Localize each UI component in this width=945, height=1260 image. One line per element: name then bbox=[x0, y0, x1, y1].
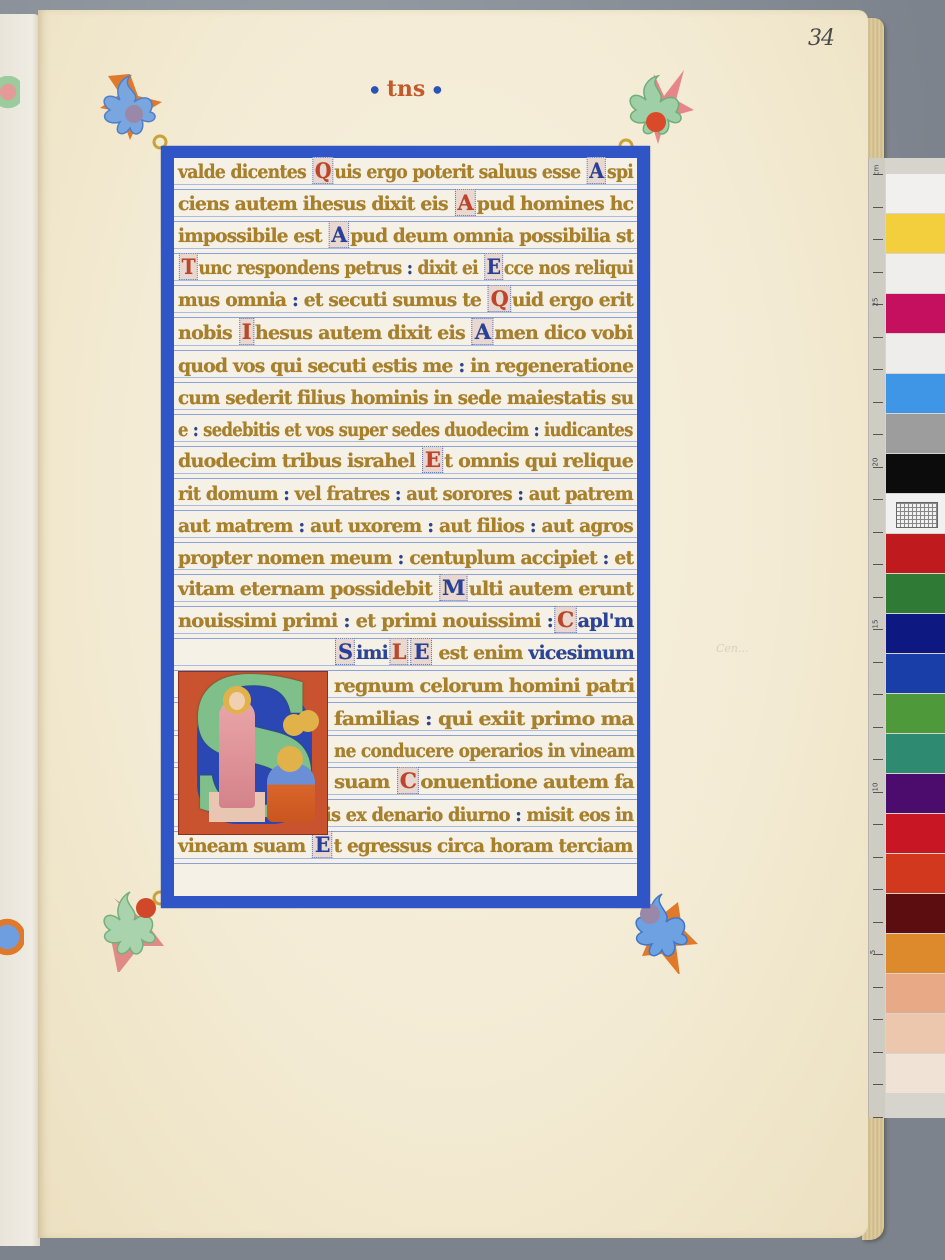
text-line: quod vos qui secuti estis me : in regene… bbox=[174, 351, 637, 383]
decorated-initial: A bbox=[454, 189, 475, 216]
gold-text: est enim bbox=[433, 642, 529, 664]
line-text: vitam eternam possidebit Multi autem eru… bbox=[178, 574, 633, 601]
ruler-tick bbox=[873, 1052, 883, 1053]
decorated-initial: C bbox=[554, 606, 576, 633]
text-line: cum sederit filius hominis in sede maies… bbox=[174, 383, 637, 415]
gold-text: uis ergo poterit saluus esse bbox=[334, 161, 585, 183]
running-head-part1: tn bbox=[387, 76, 413, 102]
punctus: : bbox=[547, 610, 553, 632]
text-line: Tunc respondens petrus : dixit ei Ecce n… bbox=[174, 254, 637, 286]
line-text: impossibile est Apud deum omnia possibil… bbox=[178, 221, 633, 248]
gold-text: regnum celorum homini patri bbox=[334, 675, 634, 697]
gold-text: et primi nouissimi bbox=[350, 610, 547, 632]
ruler-tick bbox=[873, 239, 883, 240]
color-patch-yellow bbox=[886, 214, 945, 253]
color-patch-peach bbox=[886, 1014, 945, 1053]
color-patch-black bbox=[886, 454, 945, 493]
gold-text: duodecim tribus israhel bbox=[178, 450, 421, 472]
ruler-tick bbox=[873, 369, 883, 370]
pencil-marginal-note: Cen... bbox=[716, 642, 749, 655]
color-patch-orange bbox=[886, 934, 945, 973]
christ-figure bbox=[219, 700, 255, 808]
line-text: quod vos qui secuti estis me : in regene… bbox=[178, 355, 633, 377]
ruler-tick bbox=[873, 1019, 883, 1020]
line-text: ciens autem ihesus dixit eis Apud homine… bbox=[178, 189, 633, 216]
running-head-part2: s bbox=[413, 76, 425, 102]
ruler-tick bbox=[873, 987, 883, 988]
color-patch-purple bbox=[886, 774, 945, 813]
line-text: valde dicentes Quis ergo poterit saluus … bbox=[178, 157, 633, 184]
gold-text: propter nomen meum bbox=[178, 547, 398, 569]
text-block: valde dicentes Quis ergo poterit saluus … bbox=[174, 158, 637, 896]
text-line: vitam eternam possidebit Multi autem eru… bbox=[174, 575, 637, 607]
color-patch-light-salmon bbox=[886, 974, 945, 1013]
gold-text: aut matrem bbox=[178, 515, 298, 537]
color-patch-green bbox=[886, 574, 945, 613]
ruler-tick bbox=[873, 207, 883, 208]
gold-text: valde dicentes bbox=[178, 161, 311, 183]
color-patch-blue bbox=[886, 654, 945, 693]
christ-face bbox=[229, 692, 245, 710]
gold-text: aut agros bbox=[536, 515, 633, 537]
line-text: mus omnia : et secuti sumus te Quid ergo… bbox=[178, 285, 633, 312]
color-patch-white bbox=[886, 334, 945, 373]
text-line: nobis Ihesus autem dixit eis Amen dico v… bbox=[174, 318, 637, 350]
decorated-initial: E bbox=[422, 446, 443, 473]
line-text: Tunc respondens petrus : dixit ei Ecce n… bbox=[178, 253, 633, 280]
gold-text: sedebitis et vos super sedes duodecim bbox=[198, 419, 533, 441]
historiated-initial: S bbox=[178, 671, 328, 835]
gold-text: men dico vobi bbox=[494, 322, 632, 344]
gold-text: et bbox=[609, 547, 634, 569]
gold-text: aut patrem bbox=[523, 483, 633, 505]
text-line: mus omnia : et secuti sumus te Quid ergo… bbox=[174, 286, 637, 318]
color-patch-maroon bbox=[886, 894, 945, 933]
color-patch-cream bbox=[886, 1054, 945, 1093]
text-frame-border: valde dicentes Quis ergo poterit saluus … bbox=[161, 146, 650, 908]
ruler-label: 25 bbox=[871, 298, 879, 307]
gold-text: mus omnia bbox=[178, 289, 292, 311]
line-text: regnum celorum homini patri bbox=[334, 675, 634, 697]
color-patch-red bbox=[886, 534, 945, 573]
gold-text: hesus autem dixit eis bbox=[255, 322, 471, 344]
gold-text: iudicantes bbox=[539, 419, 633, 441]
ruler-tick bbox=[873, 727, 883, 728]
line-text: SimiLE est enim vicesimum bbox=[334, 638, 634, 665]
ruler-label: 15 bbox=[871, 620, 879, 629]
ruler-tick bbox=[873, 597, 883, 598]
line-text: cum sederit filius hominis in sede maies… bbox=[178, 387, 633, 409]
gold-text: aut filios bbox=[433, 515, 529, 537]
ruler-tick bbox=[873, 402, 883, 403]
gold-text: familias bbox=[334, 708, 425, 730]
color-patch-white bbox=[886, 174, 945, 213]
color-patch-navy bbox=[886, 614, 945, 653]
decorated-initial: A bbox=[328, 221, 349, 248]
gold-text: vitam eternam possidebit bbox=[178, 578, 438, 600]
halo-icon bbox=[297, 710, 319, 732]
decorated-initial: E bbox=[411, 638, 432, 665]
foliage-icon bbox=[614, 66, 700, 152]
gold-text: unc respondens petrus bbox=[198, 257, 406, 279]
line-text: e : sedebitis et vos super sedes duodeci… bbox=[178, 419, 633, 441]
line-text: suam Conuentione autem fa bbox=[334, 767, 634, 794]
gold-text: cum sederit filius hominis in sede maies… bbox=[178, 387, 633, 409]
text-line: duodecim tribus israhel Et omnis qui rel… bbox=[174, 447, 637, 479]
facing-left-page bbox=[0, 14, 40, 1246]
text-line: impossibile est Apud deum omnia possibil… bbox=[174, 222, 637, 254]
corner-ornament-top-left bbox=[90, 68, 176, 154]
decorated-initial: I bbox=[239, 318, 254, 345]
gold-text: nouissimi primi bbox=[178, 610, 343, 632]
ruler-tick bbox=[873, 922, 883, 923]
gold-text: t omnis qui relique bbox=[444, 450, 633, 472]
foliage-icon bbox=[90, 68, 176, 154]
color-patch-magenta bbox=[886, 294, 945, 333]
text-line: vineam suam Et egressus circa horam terc… bbox=[174, 832, 637, 864]
text-line: rit domum : vel fratres : aut sorores : … bbox=[174, 479, 637, 511]
ruler-tick bbox=[873, 792, 883, 793]
color-patch-gray bbox=[886, 414, 945, 453]
ruler-tick bbox=[873, 889, 883, 890]
color-patch-crimson bbox=[886, 814, 945, 853]
ruler-tick bbox=[873, 272, 883, 273]
ruler-label: 5 bbox=[869, 950, 877, 954]
gold-text: pud homines hc bbox=[477, 193, 633, 215]
line-text: nouissimi primi : et primi nouissimi :Ca… bbox=[178, 606, 633, 633]
decorated-initial: T bbox=[179, 253, 198, 280]
gold-text: ulti autem erunt bbox=[469, 578, 634, 600]
ruler-tick bbox=[873, 467, 883, 468]
ruler-tick bbox=[873, 434, 883, 435]
color-patch-white bbox=[886, 254, 945, 293]
rubric-text: imi bbox=[356, 642, 388, 664]
gold-text: ne conducere operarios in vineam bbox=[334, 740, 634, 762]
running-head: ● tns ● bbox=[366, 76, 446, 106]
ruler-tick bbox=[873, 1084, 883, 1085]
line-text: propter nomen meum : centuplum accipiet … bbox=[178, 547, 633, 569]
gold-text: rit domum bbox=[178, 483, 283, 505]
running-head-dot-left: ● bbox=[370, 85, 379, 96]
decorated-initial: E bbox=[484, 253, 503, 280]
decorated-initial: S bbox=[335, 638, 355, 665]
decorated-initial: Q bbox=[488, 285, 511, 312]
peter-figure bbox=[267, 764, 315, 822]
gold-text: pud deum omnia possibilia st bbox=[350, 225, 633, 247]
line-text: rit domum : vel fratres : aut sorores : … bbox=[178, 483, 633, 505]
ruler-tick bbox=[873, 532, 883, 533]
line-text: duodecim tribus israhel Et omnis qui rel… bbox=[178, 446, 633, 473]
line-text: familias : qui exiit primo ma bbox=[334, 708, 634, 730]
text-line: aut matrem : aut uxorem : aut filios : a… bbox=[174, 511, 637, 543]
gold-text: suam bbox=[334, 771, 396, 793]
color-calibration-card: cm252015105 bbox=[868, 158, 945, 1118]
gold-text: quod vos qui secuti estis me bbox=[178, 355, 458, 377]
ruler-tick bbox=[873, 337, 883, 338]
gold-text: vel fratres bbox=[289, 483, 395, 505]
gold-text: e bbox=[178, 419, 193, 441]
gold-text: impossibile est bbox=[178, 225, 327, 247]
gold-text: qui exiit primo ma bbox=[432, 708, 634, 730]
gold-text: nobis bbox=[178, 322, 238, 344]
gold-text: aut uxorem bbox=[304, 515, 427, 537]
ruler-label: 10 bbox=[871, 783, 879, 792]
line-text: aut matrem : aut uxorem : aut filios : a… bbox=[178, 515, 633, 537]
gold-text: misit eos in bbox=[521, 804, 633, 826]
text-line: SimiLE est enim vicesimum bbox=[174, 639, 637, 671]
text-line: nouissimi primi : et primi nouissimi :Ca… bbox=[174, 607, 637, 639]
left-page-ornament-top bbox=[0, 76, 20, 116]
corner-ornament-top-right bbox=[614, 66, 700, 152]
gold-text: centuplum accipiet bbox=[404, 547, 603, 569]
ruler-tick bbox=[873, 564, 883, 565]
decorated-initial: C bbox=[397, 767, 420, 794]
punctus: : bbox=[425, 708, 432, 730]
color-patch-yellow-green bbox=[886, 694, 945, 733]
gold-text: dixit ei bbox=[412, 257, 483, 279]
running-head-dot-right: ● bbox=[433, 85, 442, 96]
line-text: nobis Ihesus autem dixit eis Amen dico v… bbox=[178, 318, 633, 345]
gold-text: et secuti sumus te bbox=[298, 289, 487, 311]
gold-text: vineam suam bbox=[178, 835, 311, 857]
text-line: e : sedebitis et vos super sedes duodeci… bbox=[174, 415, 637, 447]
ruler-tick bbox=[873, 694, 883, 695]
color-patch-teal bbox=[886, 734, 945, 773]
ruler-scale: cm252015105 bbox=[869, 158, 885, 1118]
rubric-text: apl'm bbox=[577, 610, 633, 632]
text-line: ciens autem ihesus dixit eis Apud homine… bbox=[174, 190, 637, 222]
gold-text: aut sorores bbox=[401, 483, 518, 505]
folio-number: 34 bbox=[808, 26, 834, 51]
color-patch-vermilion bbox=[886, 854, 945, 893]
ruler-label: 20 bbox=[871, 458, 879, 467]
ruler-tick bbox=[873, 499, 883, 500]
decorated-initial: M bbox=[439, 574, 468, 601]
gold-text: t egressus circa horam terciam bbox=[334, 835, 633, 857]
halo-icon bbox=[277, 746, 303, 772]
gold-text: cce nos reliqui bbox=[504, 257, 633, 279]
ruler-tick bbox=[873, 1117, 883, 1118]
text-line: propter nomen meum : centuplum accipiet … bbox=[174, 543, 637, 575]
ruler-label: cm bbox=[872, 165, 880, 176]
gold-text: spi bbox=[607, 161, 633, 183]
left-page-ornament-bottom bbox=[0, 912, 24, 962]
gold-text: ciens autem ihesus dixit eis bbox=[178, 193, 453, 215]
rubric-text: vicesimum bbox=[528, 642, 634, 664]
grid-target-icon bbox=[896, 502, 938, 528]
gold-text: in regeneratione bbox=[465, 355, 634, 377]
ruler-tick bbox=[873, 857, 883, 858]
color-patch-cyan-blue bbox=[886, 374, 945, 413]
line-text: ne conducere operarios in vineam bbox=[334, 740, 634, 762]
ruler-tick bbox=[873, 759, 883, 760]
decorated-initial: A bbox=[472, 318, 494, 345]
decorated-initial: Q bbox=[312, 157, 333, 184]
decorated-initial: A bbox=[587, 157, 607, 184]
text-line: valde dicentes Quis ergo poterit saluus … bbox=[174, 158, 637, 190]
ruler-tick bbox=[873, 662, 883, 663]
color-patch-grid bbox=[886, 494, 945, 533]
decorated-initial: L bbox=[389, 638, 409, 665]
ruler-tick bbox=[873, 629, 883, 630]
ruler-tick bbox=[873, 824, 883, 825]
gold-text: onuentione autem fa bbox=[420, 771, 634, 793]
gold-text: uid ergo erit bbox=[512, 289, 633, 311]
